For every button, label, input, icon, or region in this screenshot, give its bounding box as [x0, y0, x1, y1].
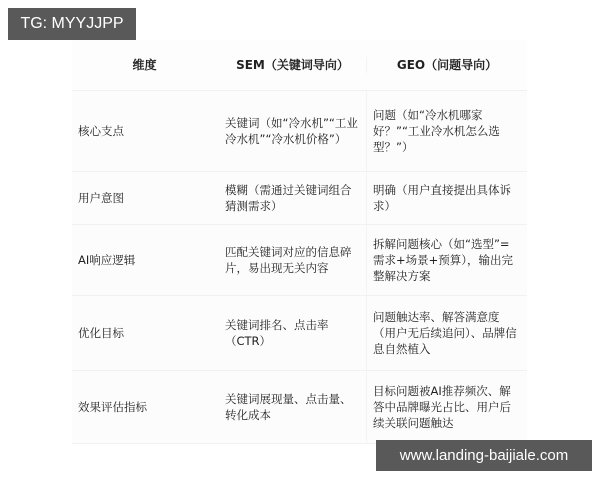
header-sem: SEM（关键词导向）: [217, 57, 367, 73]
table-row: AI响应逻辑 匹配关键词对应的信息碎片，易出现无关内容 拆解问题核心（如“选型”…: [72, 225, 527, 296]
cell-dimension: AI响应逻辑: [72, 225, 217, 295]
cell-text: AI响应逻辑: [78, 252, 135, 268]
cell-text: 关键词排名、点击率（CTR）: [225, 317, 360, 349]
cell-sem: 模糊（需通过关键词组合猜测需求）: [217, 172, 367, 224]
cell-sem: 关键词展现量、点击量、转化成本: [217, 371, 367, 443]
header-sem-label: SEM（关键词导向）: [236, 57, 349, 73]
cell-dimension: 效果评估指标: [72, 371, 217, 443]
watermark-top: TG: MYYJJPP: [8, 8, 136, 40]
cell-geo: 明确（用户直接提出具体诉求）: [367, 172, 527, 224]
cell-text: 核心支点: [78, 123, 124, 139]
cell-text: 匹配关键词对应的信息碎片，易出现无关内容: [225, 244, 360, 276]
table-row: 效果评估指标 关键词展现量、点击量、转化成本 目标问题被AI推荐频次、解答中品牌…: [72, 371, 527, 444]
cell-text: 模糊（需通过关键词组合猜测需求）: [225, 182, 360, 214]
cell-geo: 拆解问题核心（如“选型”= 需求+场景+预算），输出完整解决方案: [367, 225, 527, 295]
header-dimension: 维度: [72, 57, 217, 73]
cell-text: 问题（如“冷水机哪家好？”“工业冷水机怎么选型？”）: [373, 107, 521, 155]
comparison-table: 维度 SEM（关键词导向） GEO（问题导向） 核心支点 关键词（如“冷水机”“…: [72, 40, 527, 444]
cell-geo: 问题（如“冷水机哪家好？”“工业冷水机怎么选型？”）: [367, 91, 527, 171]
cell-sem: 匹配关键词对应的信息碎片，易出现无关内容: [217, 225, 367, 295]
table-header-row: 维度 SEM（关键词导向） GEO（问题导向）: [72, 40, 527, 91]
watermark-bottom: www.landing-baijiale.com: [376, 440, 592, 471]
cell-text: 关键词展现量、点击量、转化成本: [225, 391, 360, 423]
cell-dimension: 用户意图: [72, 172, 217, 224]
table-row: 优化目标 关键词排名、点击率（CTR） 问题触达率、解答满意度（用户无后续追问）…: [72, 296, 527, 371]
cell-sem: 关键词（如“冷水机”“工业冷水机”“冷水机价格”）: [217, 91, 367, 171]
cell-text: 优化目标: [78, 325, 124, 341]
header-dimension-label: 维度: [132, 57, 156, 73]
cell-geo: 目标问题被AI推荐频次、解答中品牌曝光占比、用户后续关联问题触达: [367, 371, 527, 443]
cell-text: 用户意图: [78, 190, 124, 206]
cell-geo: 问题触达率、解答满意度（用户无后续追问）、品牌信息自然植入: [367, 296, 527, 370]
watermark-top-text: TG: MYYJJPP: [20, 15, 123, 33]
table-row: 核心支点 关键词（如“冷水机”“工业冷水机”“冷水机价格”） 问题（如“冷水机哪…: [72, 91, 527, 172]
header-geo-label: GEO（问题导向）: [397, 57, 497, 73]
cell-text: 问题触达率、解答满意度（用户无后续追问）、品牌信息自然植入: [373, 309, 521, 357]
page: 维度 SEM（关键词导向） GEO（问题导向） 核心支点 关键词（如“冷水机”“…: [0, 0, 600, 480]
cell-text: 关键词（如“冷水机”“工业冷水机”“冷水机价格”）: [225, 115, 360, 147]
watermark-bottom-text: www.landing-baijiale.com: [400, 447, 568, 464]
cell-text: 目标问题被AI推荐频次、解答中品牌曝光占比、用户后续关联问题触达: [373, 383, 521, 431]
cell-text: 拆解问题核心（如“选型”= 需求+场景+预算），输出完整解决方案: [373, 236, 521, 284]
cell-text: 效果评估指标: [78, 399, 147, 415]
table-row: 用户意图 模糊（需通过关键词组合猜测需求） 明确（用户直接提出具体诉求）: [72, 172, 527, 225]
cell-sem: 关键词排名、点击率（CTR）: [217, 296, 367, 370]
cell-dimension: 优化目标: [72, 296, 217, 370]
header-geo: GEO（问题导向）: [367, 57, 527, 73]
cell-text: 明确（用户直接提出具体诉求）: [373, 182, 521, 214]
cell-dimension: 核心支点: [72, 91, 217, 171]
